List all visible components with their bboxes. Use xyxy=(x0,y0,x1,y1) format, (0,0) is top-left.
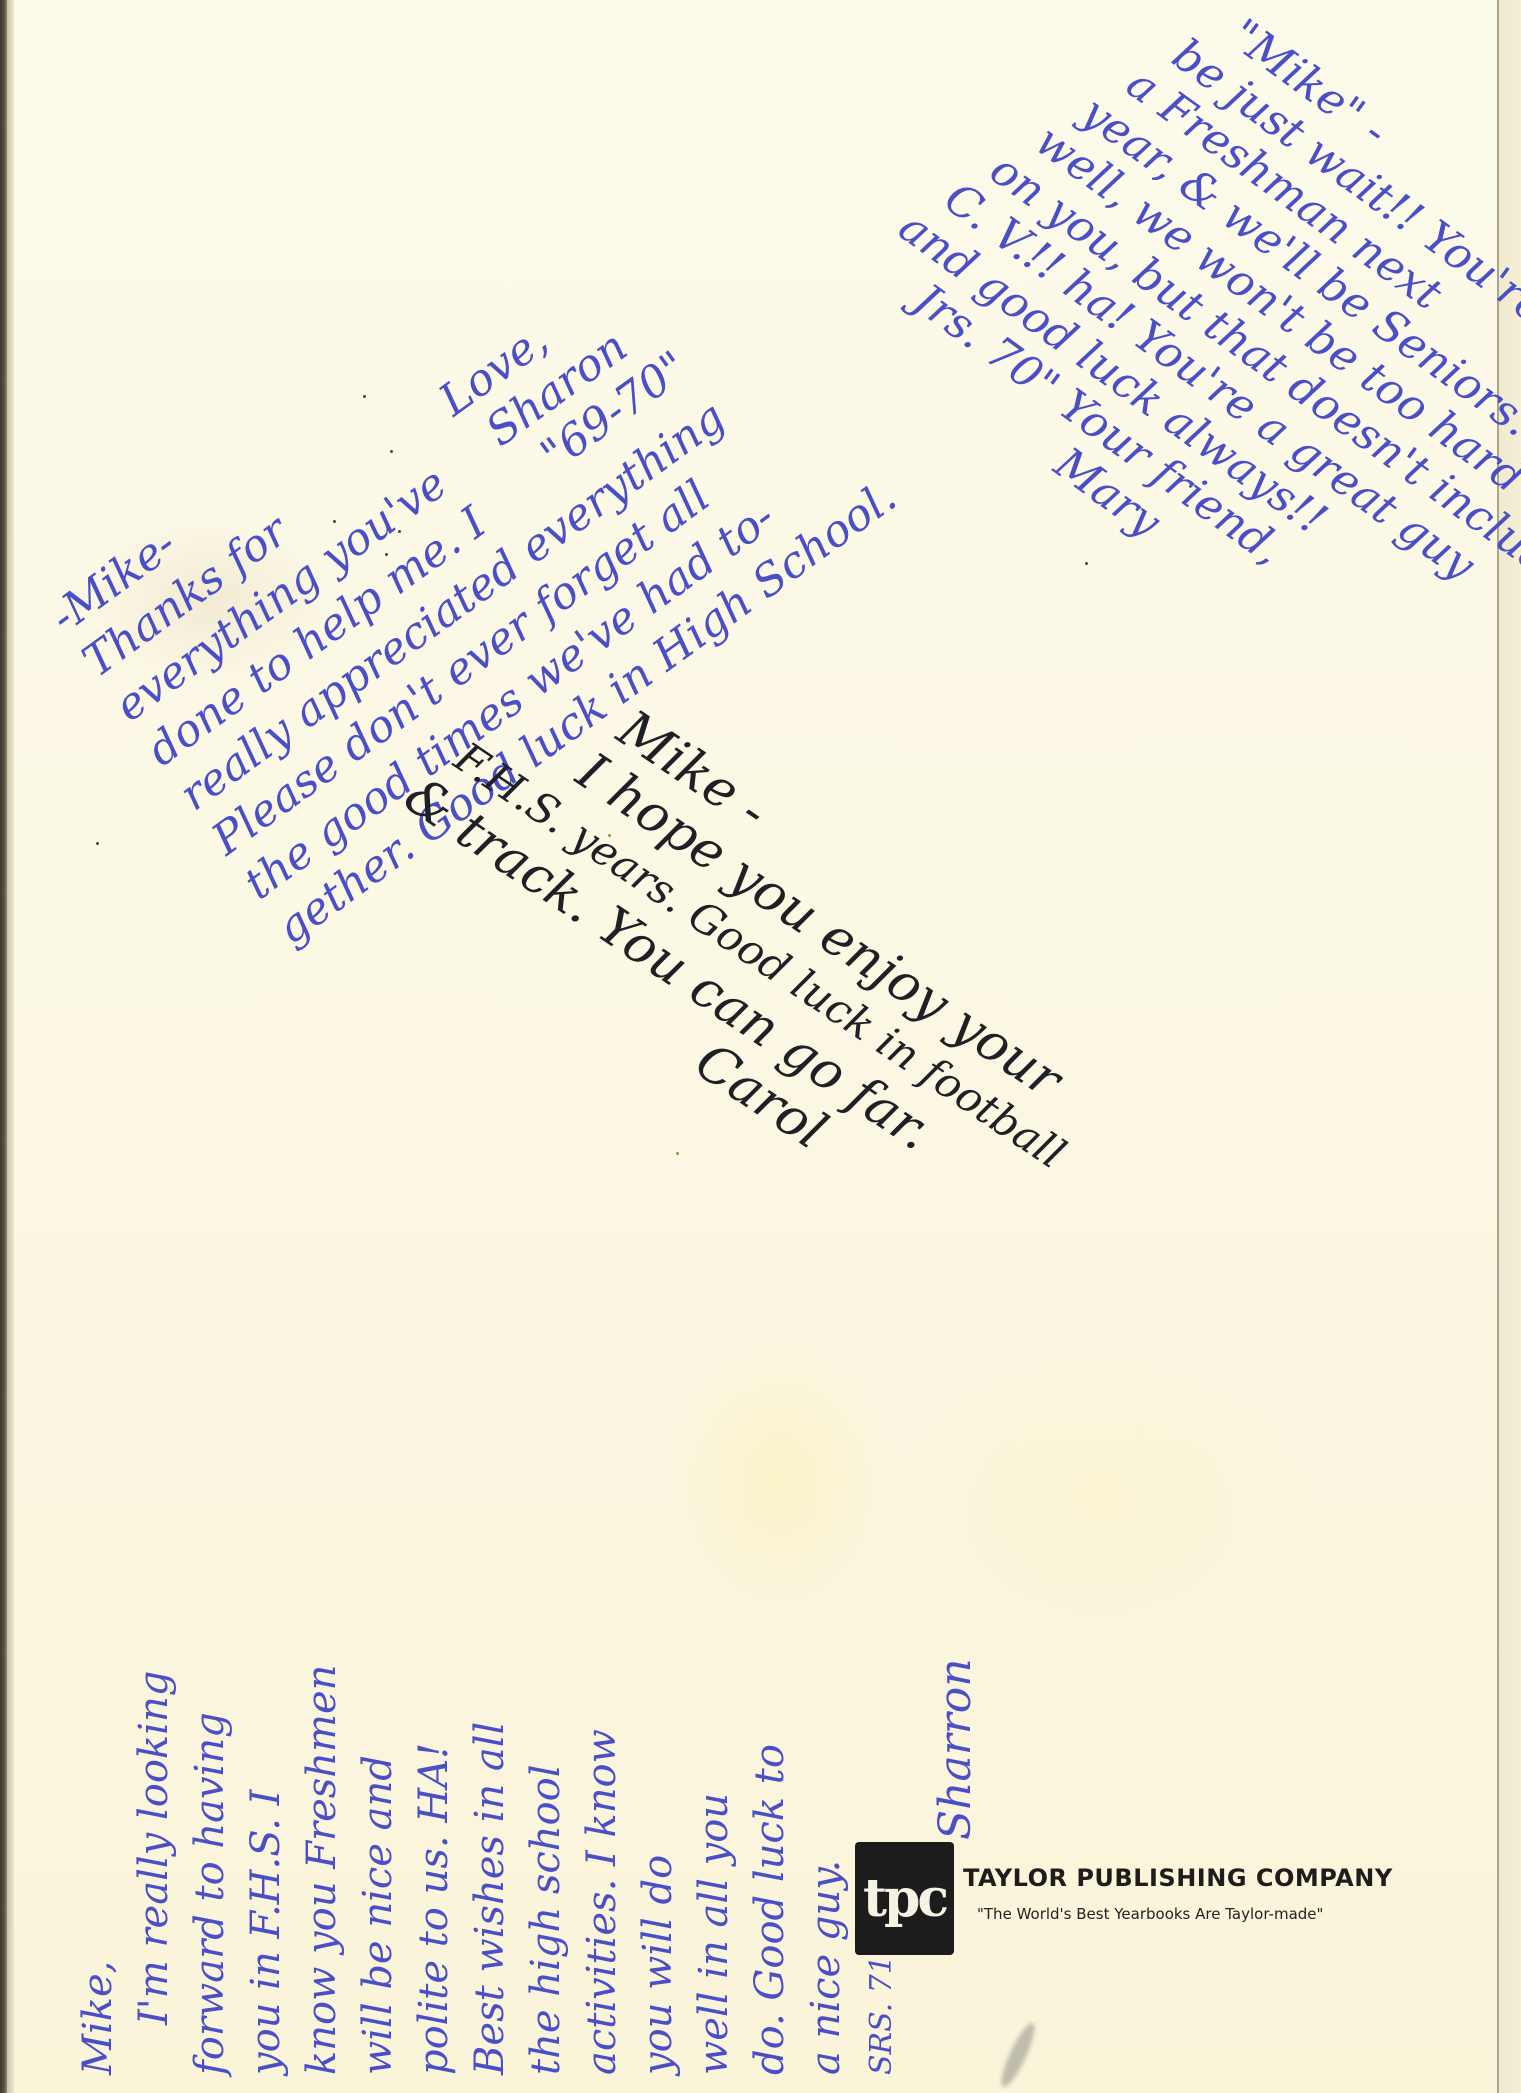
note-line: forward to having xyxy=(182,1665,238,2075)
left-binding-shadow xyxy=(7,0,14,2093)
signature-note-mary: "Mike" - be just wait!! You're a Freshma… xyxy=(956,10,1521,763)
logo-text: tpc xyxy=(863,1873,946,1925)
note-line: I'm really looking xyxy=(126,1665,182,2075)
note-line: the high school xyxy=(518,1665,574,2075)
speck xyxy=(1085,562,1088,565)
tpc-logo: tpc xyxy=(855,1842,954,1955)
note-line: know you Freshmen xyxy=(294,1665,350,2075)
signature-name-sharron: Sharron xyxy=(930,1658,981,1840)
note-line: activities. I know xyxy=(574,1665,630,2075)
left-binding-edge xyxy=(0,0,7,2093)
note-line: do. Good luck to xyxy=(742,1665,798,2075)
ink-smudge xyxy=(996,2020,1040,2090)
note-line: Best wishes in all xyxy=(462,1665,518,2075)
speck xyxy=(96,842,99,845)
yearbook-page: -Mike- Thanks for everything you've done… xyxy=(0,0,1521,2093)
note-line: polite to us. HA! xyxy=(406,1665,462,2075)
speck xyxy=(676,1152,679,1155)
signature-note-carol: Mike - I hope you enjoy your F.H.S. year… xyxy=(478,700,1141,1279)
note-line: you in F.H.S. I xyxy=(238,1665,294,2075)
note-line: will be nice and xyxy=(350,1665,406,2075)
signature-note-sharron: Mike, I'm really looking forward to havi… xyxy=(70,1665,910,2075)
signature-name: Sharron xyxy=(930,1658,981,1840)
note-line: well in all you xyxy=(686,1665,742,2075)
note-line: Mike, xyxy=(70,1665,126,2075)
note-line: you will do xyxy=(630,1665,686,2075)
note-line: a nice guy. xyxy=(798,1665,854,2075)
publisher-name: TAYLOR PUBLISHING COMPANY xyxy=(963,1864,1393,1892)
publisher-tagline: "The World's Best Yearbooks Are Taylor-m… xyxy=(977,1905,1323,1923)
